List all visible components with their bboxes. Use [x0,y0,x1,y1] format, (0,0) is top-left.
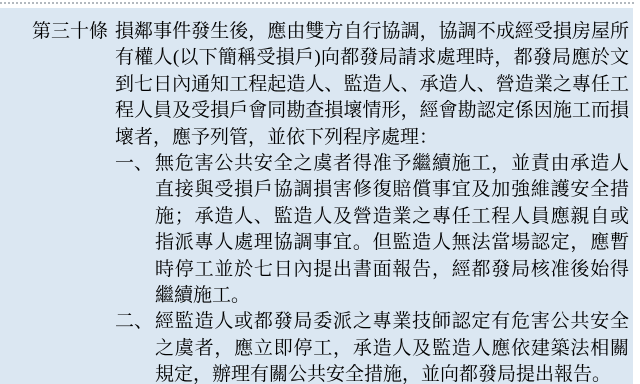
list-item: 一、 無危害公共安全之虞者得准予繼續施工，並責由承造人直接與受損戶協調損害修復賠… [115,151,629,309]
article-intro-paragraph: 損鄰事件發生後，應由雙方自行協調，協調不成經受損房屋所有權人(以下簡稱受損戶)向… [115,19,629,151]
article-body: 損鄰事件發生後，應由雙方自行協調，協調不成經受損房屋所有權人(以下簡稱受損戶)向… [115,19,629,384]
list-item-1-text: 無危害公共安全之虞者得准予繼續施工，並責由承造人直接與受損戶協調損害修復賠償事宜… [155,151,629,309]
article-30: 第三十條 損鄰事件發生後，應由雙方自行協調，協調不成經受損房屋所有權人(以下簡稱… [32,19,629,384]
list-item-2-marker: 二、 [115,309,155,335]
list-item-1-marker: 一、 [115,151,155,177]
top-dotted-divider [0,2,634,4]
article-number-label: 第三十條 [32,19,115,45]
article-panel: 第三十條 損鄰事件發生後，應由雙方自行協調，協調不成經受損房屋所有權人(以下簡稱… [0,8,633,384]
list-item: 二、 經監造人或都發局委派之專業技師認定有危害公共安全之虞者，應立即停工，承造人… [115,309,629,384]
list-item-2-text: 經監造人或都發局委派之專業技師認定有危害公共安全之虞者，應立即停工，承造人及監造… [155,309,629,384]
